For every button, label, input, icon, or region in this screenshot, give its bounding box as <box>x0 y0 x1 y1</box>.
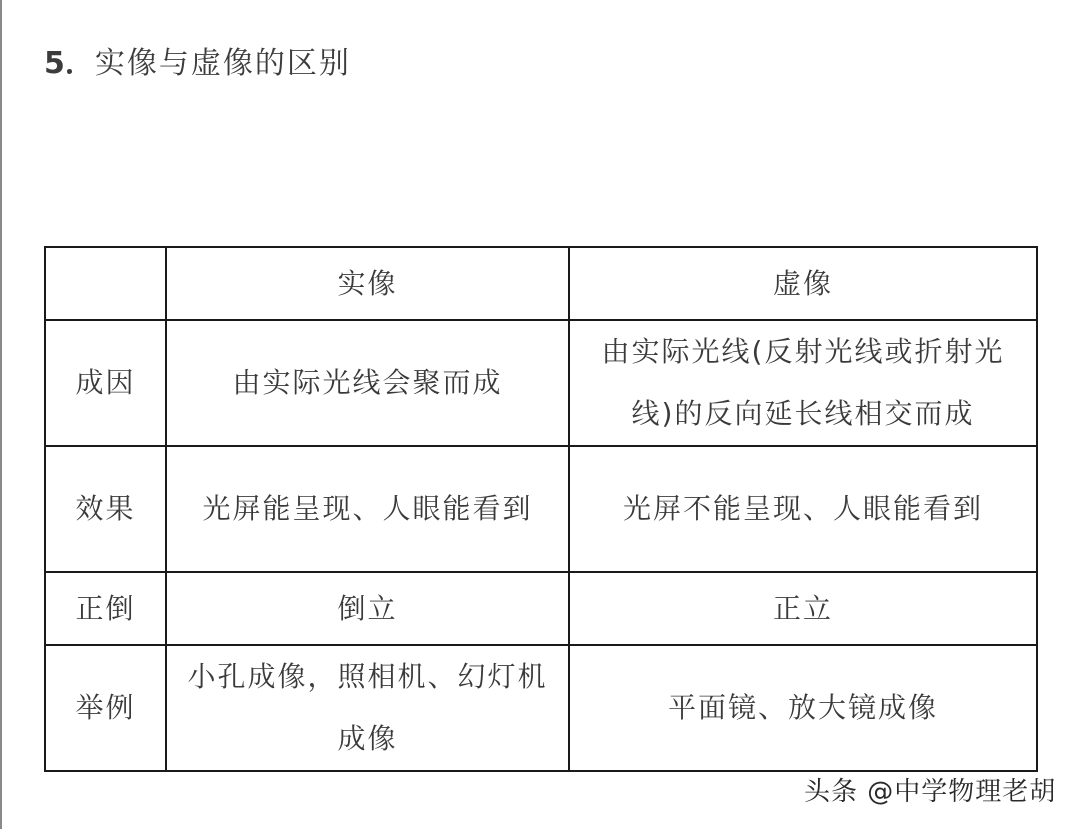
header-corner-cell <box>45 247 166 320</box>
table-header-row: 实像 虚像 <box>45 247 1037 320</box>
row-label-examples: 举例 <box>45 645 166 771</box>
table-row-effect: 效果 光屏能呈现、人眼能看到 光屏不能呈现、人眼能看到 <box>45 446 1037 572</box>
real-vs-virtual-image-table: 实像 虚像 成因 由实际光线会聚而成 由实际光线(反射光线或折射光线)的反向延长… <box>44 246 1038 772</box>
row-label-effect: 效果 <box>45 446 166 572</box>
cell-virtual-examples: 平面镜、放大镜成像 <box>569 645 1037 771</box>
row-label-orientation: 正倒 <box>45 572 166 645</box>
section-title: 实像与虚像的区别 <box>95 46 351 81</box>
table-row-examples: 举例 小孔成像，照相机、幻灯机成像 平面镜、放大镜成像 <box>45 645 1037 771</box>
section-heading: 5．实像与虚像的区别 <box>44 44 351 84</box>
cell-virtual-cause: 由实际光线(反射光线或折射光线)的反向延长线相交而成 <box>569 320 1037 446</box>
cell-virtual-effect: 光屏不能呈现、人眼能看到 <box>569 446 1037 572</box>
cell-real-effect: 光屏能呈现、人眼能看到 <box>166 446 569 572</box>
cell-real-cause: 由实际光线会聚而成 <box>166 320 569 446</box>
cell-real-examples: 小孔成像，照相机、幻灯机成像 <box>166 645 569 771</box>
cell-real-orientation: 倒立 <box>166 572 569 645</box>
left-border-rule <box>0 0 2 829</box>
section-number: 5． <box>44 46 95 81</box>
table-row-cause: 成因 由实际光线会聚而成 由实际光线(反射光线或折射光线)的反向延长线相交而成 <box>45 320 1037 446</box>
header-real-image: 实像 <box>166 247 569 320</box>
table-row-orientation: 正倒 倒立 正立 <box>45 572 1037 645</box>
row-label-cause: 成因 <box>45 320 166 446</box>
cell-virtual-orientation: 正立 <box>569 572 1037 645</box>
watermark: 头条 @中学物理老胡 <box>804 774 1056 810</box>
header-virtual-image: 虚像 <box>569 247 1037 320</box>
